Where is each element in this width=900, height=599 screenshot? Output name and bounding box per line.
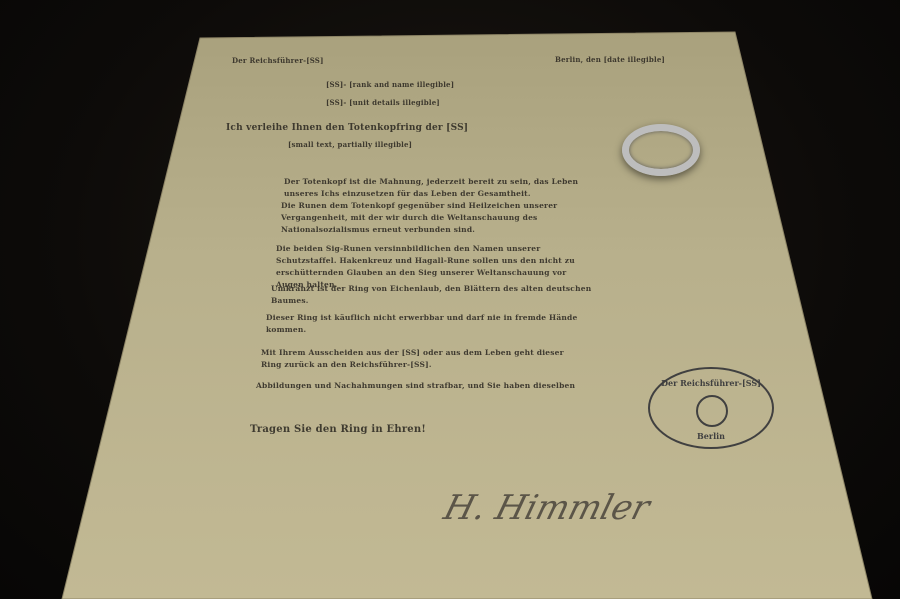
- recipient-line-1: [SS]- [rank and name illegible]: [326, 80, 454, 89]
- paragraph-1: [small text, partially illegible]: [288, 140, 412, 149]
- signature: H. Himmler: [440, 488, 654, 528]
- paragraph-3: Die Runen dem Totenkopf gegenüber sind H…: [281, 200, 591, 236]
- paragraph-2: Der Totenkopf ist die Mahnung, jederzeit…: [284, 176, 584, 200]
- stamp-city: Berlin: [650, 431, 772, 441]
- date-line: Berlin, den [date illegible]: [555, 55, 665, 64]
- sender-line: Der Reichsführer-[SS]: [232, 56, 324, 65]
- recipient-line-2: [SS]- [unit details illegible]: [326, 98, 440, 107]
- paragraph-8: Abbildungen und Nachahmungen sind strafb…: [256, 380, 575, 392]
- document-photo: Der Reichsführer-[SS] Berlin, den [date …: [0, 0, 900, 599]
- emblem-placeholder-icon: [696, 395, 728, 427]
- document-heading: Ich verleihe Ihnen den Totenkopfring der…: [226, 123, 468, 133]
- silver-ring: [622, 124, 700, 176]
- stamp-ring-text: Der Reichsführer-[SS]: [650, 378, 772, 388]
- official-stamp: Der Reichsführer-[SS] Berlin: [648, 367, 774, 449]
- paragraph-5: Umkränzt ist der Ring von Eichenlaub, de…: [271, 283, 601, 307]
- paragraph-6: Dieser Ring ist käuflich nicht erwerbbar…: [266, 312, 601, 336]
- closing-line: Tragen Sie den Ring in Ehren!: [250, 424, 426, 435]
- paragraph-7: Mit Ihrem Ausscheiden aus der [SS] oder …: [261, 347, 581, 371]
